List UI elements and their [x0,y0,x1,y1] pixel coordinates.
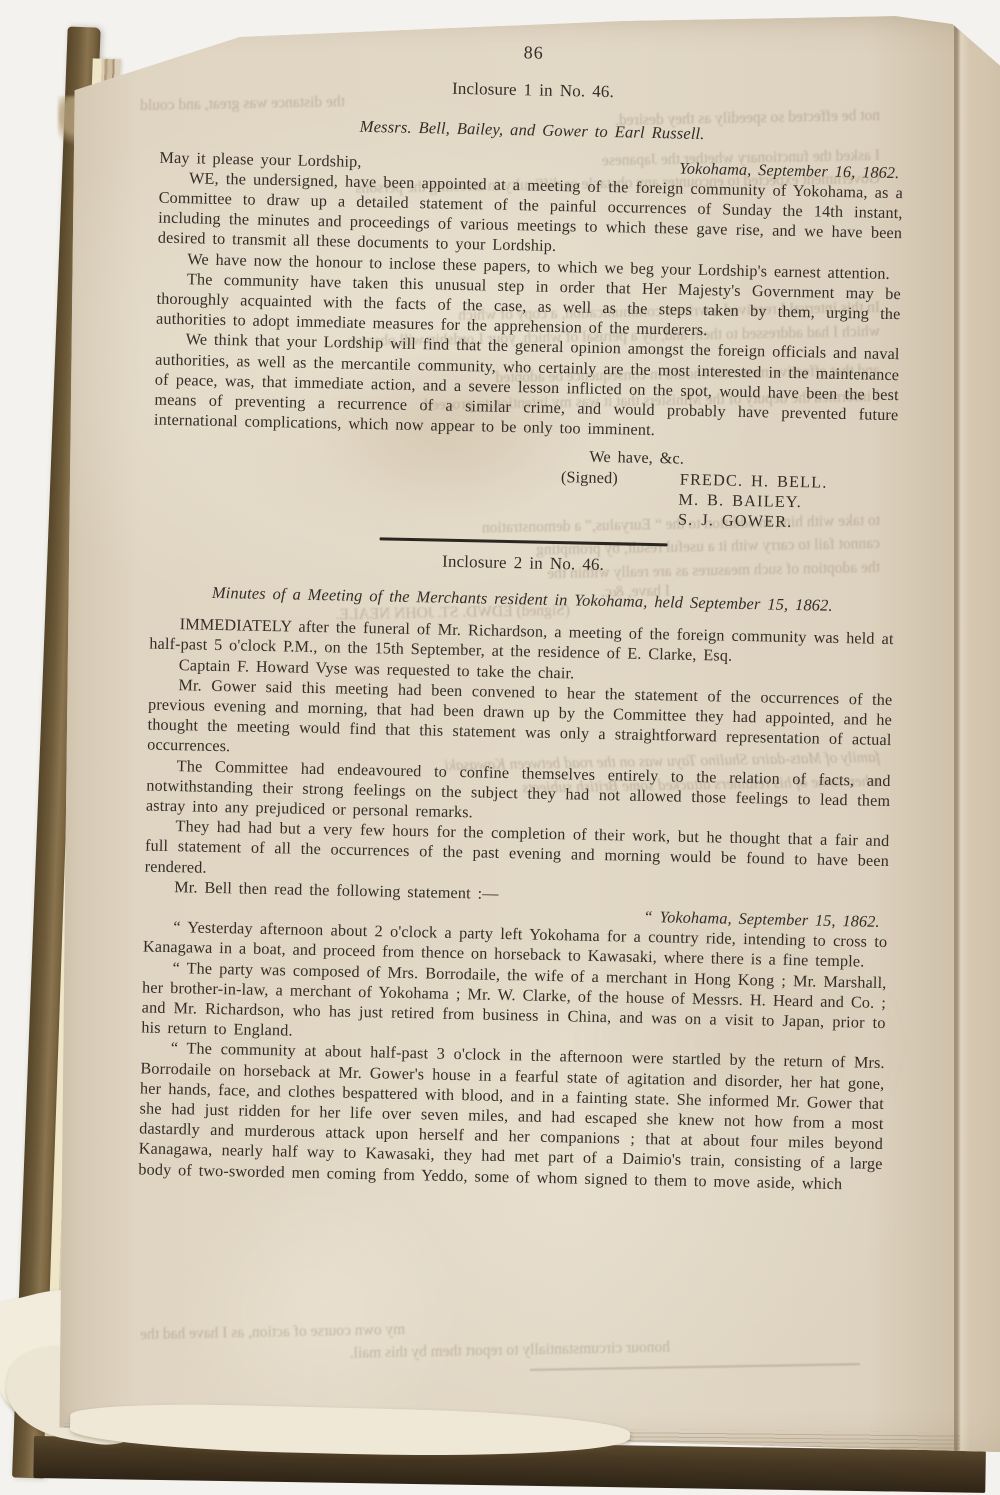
bleedthrough-line: my own course of action, as I have had t… [140,1312,880,1344]
book-page: the distance was great, and could not be… [50,14,1000,1452]
paragraph: WE, the undersigned, have been appointed… [158,167,904,263]
minutes-title: Minutes of a Meeting of the Merchants re… [150,582,894,618]
statement-paragraph: “ The party was composed of Mrs. Borroda… [141,957,887,1053]
signature: S. J. GOWER. [678,510,896,535]
facing-page-fore-edge [954,14,1000,1452]
statement-paragraph: “ The community at about half-past 3 o'c… [138,1038,885,1195]
inclosure-2-heading: Inclosure 2 in No. 46. [151,545,895,581]
paragraph: We think that your Lordship will find th… [154,329,900,446]
paragraph: Mr. Gower said this meeting had been con… [147,674,893,770]
inclosure-1-byline: Messrs. Bell, Bailey, and Gower to Earl … [160,113,904,149]
book-photo: the distance was great, and could not be… [0,0,1000,1495]
signed-label: (Signed) [561,467,618,488]
page-content: 86 Inclosure 1 in No. 46. Messrs. Bell, … [138,35,906,1195]
page-number: 86 [162,35,906,71]
section-divider-rule [380,538,668,547]
signature-block: We have, &c. (Signed) FREDC. H. BELL. M.… [152,438,898,534]
inclosure-1-heading: Inclosure 1 in No. 46. [161,73,905,109]
bleedthrough-rule [530,1363,860,1371]
